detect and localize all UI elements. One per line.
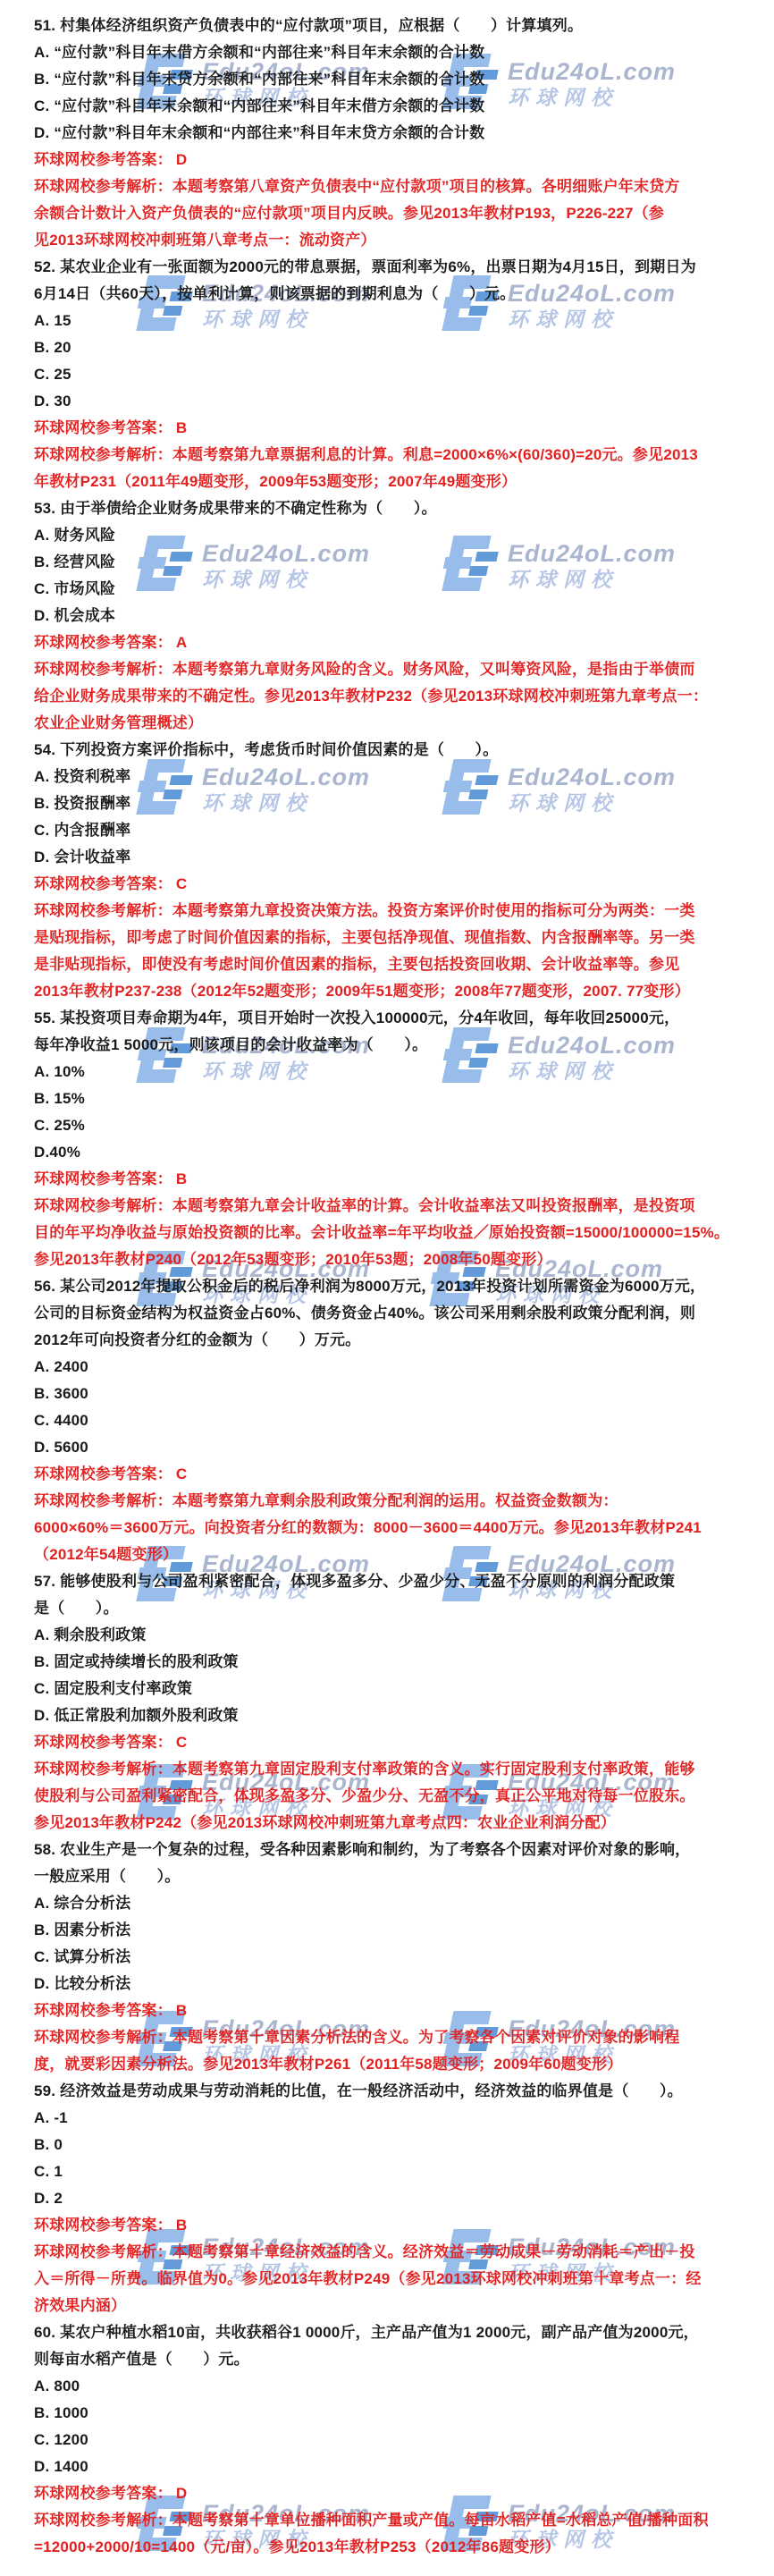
analysis-line: 济效果内涵）: [34, 2293, 751, 2319]
option-line: A. 综合分析法: [34, 1890, 751, 1917]
analysis-line: 使股利与公司盈利紧密配合，体现多盈多分、少盈少分、无盈不分，真正公平地对待每一位…: [34, 1783, 751, 1810]
question-stem-line: 59. 经济效益是劳动成果与劳动消耗的比值，在一般经济活动中，经济效益的临界值是…: [34, 2078, 751, 2105]
analysis-line: 是贴现指标，即考虑了时间价值因素的指标，主要包括净现值、现值指数、内含报酬率等。…: [34, 925, 751, 951]
option-line: D. 30: [34, 388, 751, 415]
answer-letter: D: [176, 2485, 187, 2502]
question-block: 51. 村集体经济组织资产负债表中的“应付款项”项目，应根据（ ）计算填列。A.…: [34, 13, 751, 254]
question-block: 53. 由于举债给企业财务成果带来的不确定性称为（ ）。A. 财务风险B. 经营…: [34, 495, 751, 737]
option-line: B. 因素分析法: [34, 1917, 751, 1944]
answer-letter: D: [176, 151, 187, 168]
questions-container: 51. 村集体经济组织资产负债表中的“应付款项”项目，应根据（ ）计算填列。A.…: [34, 13, 751, 2561]
answer-line: 环球网校参考答案：B: [34, 1997, 751, 2024]
question-stem-line: 2012年可向投资者分红的金额为（ ）万元。: [34, 1327, 751, 1354]
option-line: D. 机会成本: [34, 603, 751, 629]
answer-letter: B: [176, 2217, 187, 2234]
question-stem-line: 53. 由于举债给企业财务成果带来的不确定性称为（ ）。: [34, 495, 751, 522]
question-stem-line: 56. 某公司2012年提取公积金后的税后净利润为8000万元，2013年投资计…: [34, 1273, 751, 1300]
question-block: 59. 经济效益是劳动成果与劳动消耗的比值，在一般经济活动中，经济效益的临界值是…: [34, 2078, 751, 2319]
question-block: 55. 某投资项目寿命期为4年，项目开始时一次投入100000元，分4年收回，每…: [34, 1005, 751, 1273]
analysis-line: 环球网校参考解析：本题考察第十章经济效益的含义。经济效益＝劳动成果－劳动消耗＝产…: [34, 2239, 751, 2266]
answer-line: 环球网校参考答案：D: [34, 147, 751, 173]
answer-line: 环球网校参考答案：C: [34, 871, 751, 898]
option-line: C. 市场风险: [34, 576, 751, 603]
analysis-line: 环球网校参考解析：本题考察第九章投资决策方法。投资方案评价时使用的指标可分为两类…: [34, 898, 751, 925]
answer-line: 环球网校参考答案：D: [34, 2480, 751, 2507]
answer-prefix: 环球网校参考答案：: [34, 2217, 172, 2234]
option-line: A. 2400: [34, 1354, 751, 1381]
option-line: D. 比较分析法: [34, 1971, 751, 1997]
analysis-line: 环球网校参考解析：本题考察第九章财务风险的含义。财务风险，又叫筹资风险，是指由于…: [34, 656, 751, 683]
answer-letter: C: [176, 1734, 187, 1751]
analysis-line: 环球网校参考解析：本题考察第九章剩余股利政策分配利润的运用。权益资金数额为：: [34, 1488, 751, 1515]
option-line: B. 3600: [34, 1381, 751, 1407]
analysis-line: 2013年教材P237-238（2012年52题变形；2009年51题变形；20…: [34, 978, 751, 1005]
analysis-line: 目的年平均净收益与原始投资额的比率。会计收益率=年平均收益／原始投资额=1500…: [34, 1220, 751, 1246]
analysis-line: 给企业财务成果带来的不确定性。参见2013年教材P232（参见2013环球网校冲…: [34, 683, 751, 710]
analysis-line: （2012年54题变形）: [34, 1541, 751, 1568]
question-stem-line: 51. 村集体经济组织资产负债表中的“应付款项”项目，应根据（ ）计算填列。: [34, 13, 751, 39]
option-line: B. “应付款”科目年末贷方余额和“内部往来”科目年末余额的合计数: [34, 66, 751, 93]
option-line: A. 剩余股利政策: [34, 1622, 751, 1649]
analysis-line: =12000+2000/10=1400（元/亩）。参见2013年教材P253（2…: [34, 2534, 751, 2561]
question-block: 56. 某公司2012年提取公积金后的税后净利润为8000万元，2013年投资计…: [34, 1273, 751, 1568]
option-line: D. 低正常股利加额外股利政策: [34, 1702, 751, 1729]
question-stem-line: 是（ ）。: [34, 1595, 751, 1622]
option-line: D. 5600: [34, 1434, 751, 1461]
option-line: B. 固定或持续增长的股利政策: [34, 1649, 751, 1676]
answer-prefix: 环球网校参考答案：: [34, 1465, 172, 1482]
exam-document-page: Edu24oL.com 环球网校 Edu24oL.com 环球网校 Edu24o…: [0, 0, 774, 2576]
question-stem-line: 55. 某投资项目寿命期为4年，项目开始时一次投入100000元，分4年收回，每…: [34, 1005, 751, 1032]
option-line: A. 10%: [34, 1059, 751, 1085]
option-line: C. 1: [34, 2158, 751, 2185]
option-line: C. 25: [34, 361, 751, 388]
answer-prefix: 环球网校参考答案：: [34, 419, 172, 436]
answer-prefix: 环球网校参考答案：: [34, 634, 172, 651]
analysis-line: 6000×60%＝3600万元。向投资者分红的数额为：8000－3600＝440…: [34, 1515, 751, 1541]
analysis-line: 参见2013年教材P242（参见2013环球网校冲刺班第九章考点四：农业企业利润…: [34, 1810, 751, 1837]
analysis-line: 环球网校参考解析：本题考察第十章单位播种面积产量或产值。每亩水稻产值=水稻总产值…: [34, 2507, 751, 2534]
option-line: D. 1400: [34, 2454, 751, 2480]
answer-prefix: 环球网校参考答案：: [34, 2485, 172, 2502]
option-line: C. 固定股利支付率政策: [34, 1676, 751, 1702]
question-stem-line: 60. 某农户种植水稻10亩，共收获稻谷1 0000斤，主产品产值为1 2000…: [34, 2319, 751, 2346]
answer-letter: B: [176, 419, 187, 436]
option-line: C. 1200: [34, 2427, 751, 2454]
option-line: B. 0: [34, 2132, 751, 2158]
option-line: C. 试算分析法: [34, 1944, 751, 1971]
analysis-line: 环球网校参考解析：本题考察第九章票据利息的计算。利息=2000×6%×(60/3…: [34, 442, 751, 469]
answer-letter: B: [176, 2002, 187, 2019]
analysis-line: 环球网校参考解析：本题考察第十章因素分析法的含义。为了考察各个因素对评价对象的影…: [34, 2024, 751, 2051]
option-line: D. 会计收益率: [34, 844, 751, 871]
analysis-line: 度，就要彩因素分析法。参见2013年教材P261（2011年58题变形；2009…: [34, 2051, 751, 2078]
analysis-line: 年教材P231（2011年49题变形，2009年53题变形；2007年49题变形…: [34, 469, 751, 495]
answer-line: 环球网校参考答案：A: [34, 629, 751, 656]
option-line: B. 15%: [34, 1085, 751, 1112]
option-line: B. 1000: [34, 2400, 751, 2427]
question-stem-line: 57. 能够使股利与公司盈利紧密配合，体现多盈多分、少盈少分、无盈不分原则的利润…: [34, 1568, 751, 1595]
option-line: C. 4400: [34, 1407, 751, 1434]
answer-prefix: 环球网校参考答案：: [34, 1734, 172, 1751]
answer-prefix: 环球网校参考答案：: [34, 151, 172, 168]
option-line: A. -1: [34, 2105, 751, 2132]
analysis-line: 是非贴现指标，即使没有考虑时间价值因素的指标，主要包括投资回收期、会计收益率等。…: [34, 951, 751, 978]
analysis-line: 入＝所得－所费。临界值为0。参见2013年教材P249（参见2013环球网校冲刺…: [34, 2266, 751, 2293]
option-line: D.40%: [34, 1139, 751, 1166]
answer-prefix: 环球网校参考答案：: [34, 1170, 172, 1187]
question-stem-line: 58. 农业生产是一个复杂的过程，受各种因素影响和制约，为了考察各个因素对评价对…: [34, 1837, 751, 1863]
question-stem-line: 则每亩水稻产值是（ ）元。: [34, 2346, 751, 2373]
answer-line: 环球网校参考答案：C: [34, 1461, 751, 1488]
option-line: A. 投资利税率: [34, 764, 751, 790]
option-line: D. “应付款”科目年末余额和“内部往来”科目年末贷方余额的合计数: [34, 120, 751, 147]
answer-letter: B: [176, 1170, 187, 1187]
option-line: C. 25%: [34, 1112, 751, 1139]
option-line: B. 投资报酬率: [34, 790, 751, 817]
question-stem-line: 一般应采用（ ）。: [34, 1863, 751, 1890]
option-line: D. 2: [34, 2185, 751, 2212]
question-block: 57. 能够使股利与公司盈利紧密配合，体现多盈多分、少盈少分、无盈不分原则的利润…: [34, 1568, 751, 1837]
option-line: A. 800: [34, 2373, 751, 2400]
analysis-line: 见2013环球网校冲刺班第八章考点一：流动资产）: [34, 227, 751, 254]
answer-letter: C: [176, 875, 187, 892]
answer-prefix: 环球网校参考答案：: [34, 875, 172, 892]
answer-line: 环球网校参考答案：C: [34, 1729, 751, 1756]
answer-prefix: 环球网校参考答案：: [34, 2002, 172, 2019]
question-block: 54. 下列投资方案评价指标中，考虑货币时间价值因素的是（ ）。A. 投资利税率…: [34, 737, 751, 1005]
analysis-line: 农业企业财务管理概述）: [34, 710, 751, 737]
analysis-line: 参见2013年教材P240（2012年53题变形；2010年53题；2008年5…: [34, 1246, 751, 1273]
answer-letter: A: [176, 634, 187, 651]
analysis-line: 余额合计数计入资产负债表的“应付款项”项目内反映。参见2013年教材P193，P…: [34, 200, 751, 227]
option-line: B. 经营风险: [34, 549, 751, 576]
analysis-line: 环球网校参考解析：本题考察第八章资产负债表中“应付款项”项目的核算。各明细账户年…: [34, 173, 751, 200]
question-block: 60. 某农户种植水稻10亩，共收获稻谷1 0000斤，主产品产值为1 2000…: [34, 2319, 751, 2561]
question-stem-line: 公司的目标资金结构为权益资金占60%、债务资金占40%。该公司采用剩余股利政策分…: [34, 1300, 751, 1327]
question-block: 52. 某农业企业有一张面额为2000元的带息票据，票面利率为6%，出票日期为4…: [34, 254, 751, 495]
option-line: C. “应付款”科目年末余额和“内部往来”科目年末借方余额的合计数: [34, 93, 751, 120]
option-line: A. 15: [34, 308, 751, 334]
answer-line: 环球网校参考答案：B: [34, 2212, 751, 2239]
question-stem-line: 54. 下列投资方案评价指标中，考虑货币时间价值因素的是（ ）。: [34, 737, 751, 764]
question-stem-line: 52. 某农业企业有一张面额为2000元的带息票据，票面利率为6%，出票日期为4…: [34, 254, 751, 281]
answer-letter: C: [176, 1465, 187, 1482]
question-block: 58. 农业生产是一个复杂的过程，受各种因素影响和制约，为了考察各个因素对评价对…: [34, 1837, 751, 2078]
analysis-line: 环球网校参考解析：本题考察第九章会计收益率的计算。会计收益率法又叫投资报酬率，是…: [34, 1193, 751, 1220]
answer-line: 环球网校参考答案：B: [34, 1166, 751, 1193]
question-stem-line: 6月14日（共60天），按单利计算，则该票据的到期利息为（ ）元。: [34, 281, 751, 308]
answer-line: 环球网校参考答案：B: [34, 415, 751, 442]
option-line: A. 财务风险: [34, 522, 751, 549]
option-line: C. 内含报酬率: [34, 817, 751, 844]
option-line: B. 20: [34, 334, 751, 361]
option-line: A. “应付款”科目年末借方余额和“内部往来”科目年末余额的合计数: [34, 39, 751, 66]
question-stem-line: 每年净收益1 5000元，则该项目的会计收益率为（ ）。: [34, 1032, 751, 1059]
analysis-line: 环球网校参考解析：本题考察第九章固定股利支付率政策的含义。实行固定股利支付率政策…: [34, 1756, 751, 1783]
